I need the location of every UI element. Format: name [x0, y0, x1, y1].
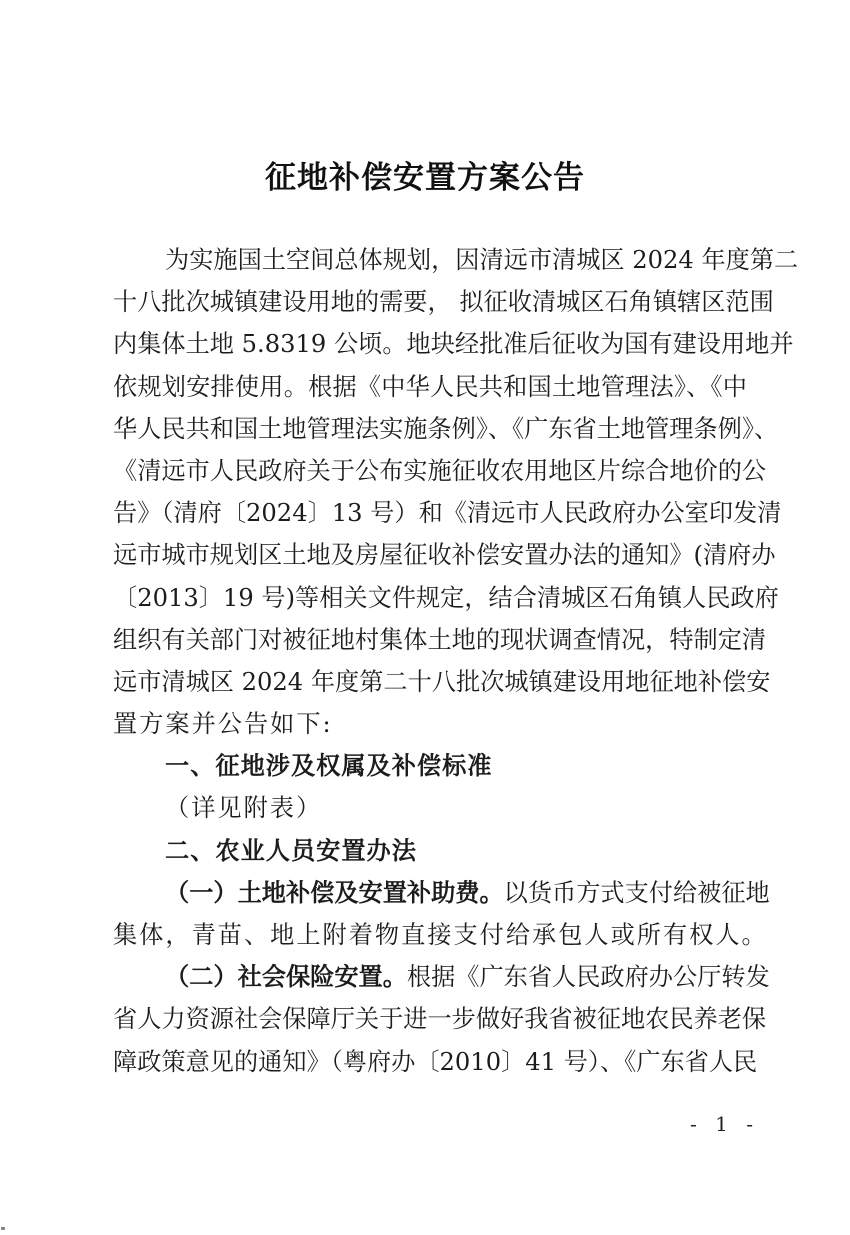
- paragraph-line: 省人力资源社会保障厅关于进一步做好我省被征地农民养老保: [113, 998, 747, 1040]
- document-title: 征地补偿安置方案公告: [0, 152, 850, 197]
- document-body: 为实施国土空间总体规划，因清远市清城区 2024 年度第二 十八批次城镇建设用地…: [113, 239, 747, 1083]
- paragraph-line: 依规划安排使用。根据《中华人民共和国土地管理法》、《中: [113, 366, 747, 408]
- paragraph-line: 〔2013〕19 号)等相关文件规定，结合清城区石角镇人民政府: [113, 577, 747, 619]
- page-number: - 1 -: [690, 1112, 759, 1136]
- document-page: 征地补偿安置方案公告 为实施国土空间总体规划，因清远市清城区 2024 年度第二…: [0, 0, 850, 1235]
- paragraph-line: 华人民共和国土地管理法实施条例》、《广东省土地管理条例》、: [113, 408, 747, 450]
- paragraph-line: 内集体土地 5.8319 公顷。地块经批准后征收为国有建设用地并: [113, 323, 747, 365]
- scan-artifact: [1, 1227, 5, 1230]
- paragraph-line: 十八批次城镇建设用地的需要， 拟征收清城区石角镇辖区范围: [113, 281, 747, 323]
- section-2-item-2-line: （二）社会保险安置。根据《广东省人民政府办公厅转发: [113, 956, 747, 998]
- paragraph-line: 集体，青苗、地上附着物直接支付给承包人或所有权人。: [113, 914, 747, 956]
- section-2-item-1-label: （一）土地补偿及安置补助费。: [165, 879, 504, 907]
- section-1-heading: 一、征地涉及权属及补偿标准: [113, 745, 747, 787]
- paragraph-line: 《清远市人民政府关于公布实施征收农用地区片综合地价的公: [113, 450, 747, 492]
- section-2-heading: 二、农业人员安置办法: [113, 830, 747, 872]
- paragraph-line: 为实施国土空间总体规划，因清远市清城区 2024 年度第二: [113, 239, 747, 281]
- paragraph-line: 远市清城区 2024 年度第二十八批次城镇建设用地征地补偿安: [113, 661, 747, 703]
- paragraph-line: 组织有关部门对被征地村集体土地的现状调查情况，特制定清: [113, 619, 747, 661]
- paragraph-line: 障政策意见的通知》（粤府办〔2010〕41 号）、《广东省人民: [113, 1041, 747, 1083]
- section-2-item-1-line: （一）土地补偿及安置补助费。以货币方式支付给被征地: [113, 872, 747, 914]
- paragraph-line: 告》（清府〔2024〕13 号）和《清远市人民政府办公室印发清: [113, 492, 747, 534]
- section-1-note: （详见附表）: [113, 787, 747, 829]
- paragraph-line: 置方案并公告如下:: [113, 703, 747, 745]
- section-2-item-1-text: 以货币方式支付给被征地: [504, 879, 770, 907]
- section-2-item-2-label: （二）社会保险安置。: [165, 963, 407, 991]
- paragraph-line: 远市城市规划区土地及房屋征收补偿安置办法的通知》(清府办: [113, 534, 747, 576]
- section-2-item-2-text: 根据《广东省人民政府办公厅转发: [407, 963, 770, 991]
